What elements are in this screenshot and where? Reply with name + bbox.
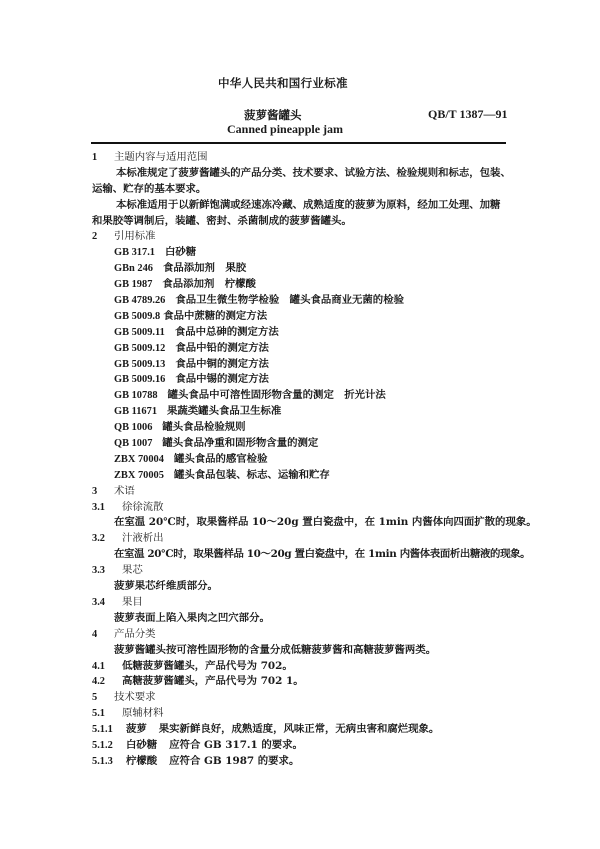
section-title: 术语 <box>114 485 135 497</box>
reference-item: GBn 246食品添加剂 果胶 <box>92 261 512 277</box>
reference-item: GB 5009.11食品中总砷的测定方法 <box>92 325 512 341</box>
reference-title: 食品中锡的测定方法 <box>175 373 269 385</box>
reference-code: GB 1987 <box>114 279 152 290</box>
reference-code: GB 10788 <box>114 390 158 401</box>
section-2-heading: 2引用标准 <box>92 229 512 245</box>
reference-title: 白砂糖 <box>165 246 196 258</box>
reference-code: GB 11671 <box>114 406 157 417</box>
classification-item: 4.2高糖菠萝酱罐头，产品代号为 702 1。 <box>92 674 512 690</box>
reference-item: ZBX 70004罐头食品的感官检验 <box>92 452 512 468</box>
material-item: 5.1.3柠檬酸应符合 GB 1987 的要求。 <box>92 754 512 770</box>
item-text: 应符合 GB 1987 的要求。 <box>169 755 299 767</box>
reference-item: GB 5009.8食品中蔗糖的测定方法 <box>92 309 512 325</box>
standard-code: QB/T 1387—91 <box>428 107 507 122</box>
reference-code: GB 5009.8 <box>114 311 160 322</box>
reference-code: GB 317.1 <box>114 247 155 258</box>
term-number: 3.2 <box>92 531 122 547</box>
item-number: 4.2 <box>92 674 122 690</box>
subsection-title: 原辅材料 <box>122 707 164 719</box>
section-number: 4 <box>92 627 114 643</box>
section-3-heading: 3术语 <box>92 484 512 500</box>
section-title: 技术要求 <box>114 691 156 703</box>
term-definition: 在室温 20℃时，取果酱样品 10～20g 置白瓷盘中，在 1min 内酱体向四… <box>92 515 512 531</box>
paragraph-line: 本标准规定了菠萝酱罐头的产品分类、技术要求、试验方法、检验规则和标志，包装、 <box>92 166 512 182</box>
reference-title: 食品中总砷的测定方法 <box>175 326 279 338</box>
reference-code: GB 5009.16 <box>114 374 165 385</box>
reference-code: QB 1006 <box>114 422 152 433</box>
item-text: 应符合 GB 317.1 的要求。 <box>169 739 303 751</box>
item-term: 菠萝 <box>126 723 147 735</box>
reference-code: ZBX 70005 <box>114 470 164 481</box>
term-number: 3.4 <box>92 595 122 611</box>
reference-code: GB 5009.13 <box>114 359 165 370</box>
reference-title: 罐头食品中可溶性固形物含量的测定 折光计法 <box>168 389 386 401</box>
term-definition: 在室温 20℃时，取果酱样品 10～20g 置白瓷盘中，在 1min 内酱体表面… <box>92 547 512 563</box>
term-number: 3.3 <box>92 563 122 579</box>
term-heading: 3.4果目 <box>92 595 512 611</box>
reference-title: 罐头食品的感官检验 <box>174 453 268 465</box>
term-number: 3.1 <box>92 500 122 516</box>
reference-title: 果蔬类罐头食品卫生标准 <box>167 405 281 417</box>
section-5-heading: 5技术要求 <box>92 690 512 706</box>
item-number: 5.1.3 <box>92 754 126 770</box>
reference-item: GB 5009.12食品中铅的测定方法 <box>92 341 512 357</box>
section-number: 1 <box>92 150 114 166</box>
reference-item: GB 317.1白砂糖 <box>92 245 512 261</box>
item-term: 柠檬酸 <box>126 755 157 767</box>
reference-title: 食品中蔗糖的测定方法 <box>163 310 267 322</box>
reference-code: GBn 246 <box>114 263 153 274</box>
section-title: 产品分类 <box>114 628 156 640</box>
paragraph-line: 本标准适用于以新鲜饱满或经速冻冷藏、成熟适度的菠萝为原料，经加工处理、加糖 <box>92 198 512 214</box>
classification-item: 4.1低糖菠萝酱罐头，产品代号为 702。 <box>92 659 512 675</box>
section-number: 5 <box>92 690 114 706</box>
standard-organization: 中华人民共和国行业标准 <box>218 75 348 91</box>
reference-code: GB 5009.11 <box>114 327 165 338</box>
item-text: 高糖菠萝酱罐头，产品代号为 702 1。 <box>122 675 304 687</box>
paragraph-line: 和果胶等调制后，装罐、密封、杀菌制成的菠萝酱罐头。 <box>92 214 512 230</box>
section-1-heading: 1主题内容与适用范围 <box>92 150 512 166</box>
reference-title: 食品添加剂 柠檬酸 <box>162 278 256 290</box>
reference-item: GB 11671果蔬类罐头食品卫生标准 <box>92 404 512 420</box>
reference-item: ZBX 70005罐头食品包装、标志、运输和贮存 <box>92 468 512 484</box>
item-number: 4.1 <box>92 659 122 675</box>
reference-title: 食品中铜的测定方法 <box>175 358 269 370</box>
reference-title: 食品中铅的测定方法 <box>175 342 269 354</box>
reference-item: QB 1007罐头食品净重和固形物含量的测定 <box>92 436 512 452</box>
reference-item: GB 5009.16食品中锡的测定方法 <box>92 372 512 388</box>
item-term: 白砂糖 <box>126 739 157 751</box>
material-item: 5.1.2白砂糖应符合 GB 317.1 的要求。 <box>92 738 512 754</box>
reference-title: 食品卫生微生物学检验 罐头食品商业无菌的检验 <box>175 294 404 306</box>
term-definition: 菠萝果芯纤维质部分。 <box>92 579 512 595</box>
reference-title: 罐头食品净重和固形物含量的测定 <box>162 437 318 449</box>
section-title: 引用标准 <box>114 230 156 242</box>
section-title: 主题内容与适用范围 <box>114 151 208 163</box>
reference-item: QB 1006罐头食品检验规则 <box>92 420 512 436</box>
term-heading: 3.2汁液析出 <box>92 531 512 547</box>
subsection-heading: 5.1原辅材料 <box>92 706 512 722</box>
document-title-english: Canned pineapple jam <box>227 122 343 137</box>
header-divider <box>91 142 506 144</box>
item-text: 果实新鲜良好，成熟适度，风味正常，无病虫害和腐烂现象。 <box>159 723 440 735</box>
term-title: 汁液析出 <box>122 532 164 544</box>
paragraph-line: 菠萝酱罐头按可溶性固形物的含量分成低糖菠萝酱和高糖菠萝酱两类。 <box>92 643 512 659</box>
reference-item: GB 1987食品添加剂 柠檬酸 <box>92 277 512 293</box>
reference-code: ZBX 70004 <box>114 454 164 465</box>
reference-code: GB 4789.26 <box>114 295 165 306</box>
section-number: 2 <box>92 229 114 245</box>
term-title: 徐徐流散 <box>122 501 164 513</box>
document-title-chinese: 菠萝酱罐头 <box>244 107 302 123</box>
document-body: 1主题内容与适用范围 本标准规定了菠萝酱罐头的产品分类、技术要求、试验方法、检验… <box>92 150 512 770</box>
term-title: 果目 <box>122 596 143 608</box>
reference-item: GB 10788罐头食品中可溶性固形物含量的测定 折光计法 <box>92 388 512 404</box>
reference-title: 罐头食品包装、标志、运输和贮存 <box>174 469 330 481</box>
reference-code: GB 5009.12 <box>114 343 165 354</box>
subsection-number: 5.1 <box>92 706 122 722</box>
reference-item: GB 4789.26食品卫生微生物学检验 罐头食品商业无菌的检验 <box>92 293 512 309</box>
term-heading: 3.1徐徐流散 <box>92 500 512 516</box>
reference-title: 食品添加剂 果胶 <box>163 262 246 274</box>
term-heading: 3.3果芯 <box>92 563 512 579</box>
term-title: 果芯 <box>122 564 143 576</box>
reference-item: GB 5009.13食品中铜的测定方法 <box>92 357 512 373</box>
item-number: 5.1.2 <box>92 738 126 754</box>
section-4-heading: 4产品分类 <box>92 627 512 643</box>
section-number: 3 <box>92 484 114 500</box>
term-definition: 菠萝表面上陷入果肉之凹穴部分。 <box>92 611 512 627</box>
reference-code: QB 1007 <box>114 438 152 449</box>
material-item: 5.1.1菠萝果实新鲜良好，成熟适度，风味正常，无病虫害和腐烂现象。 <box>92 722 512 738</box>
reference-title: 罐头食品检验规则 <box>162 421 245 433</box>
document-page: 中华人民共和国行业标准 菠萝酱罐头 Canned pineapple jam Q… <box>0 0 600 849</box>
item-number: 5.1.1 <box>92 722 126 738</box>
item-text: 低糖菠萝酱罐头，产品代号为 702。 <box>122 660 293 672</box>
paragraph-line: 运输、贮存的基本要求。 <box>92 182 512 198</box>
